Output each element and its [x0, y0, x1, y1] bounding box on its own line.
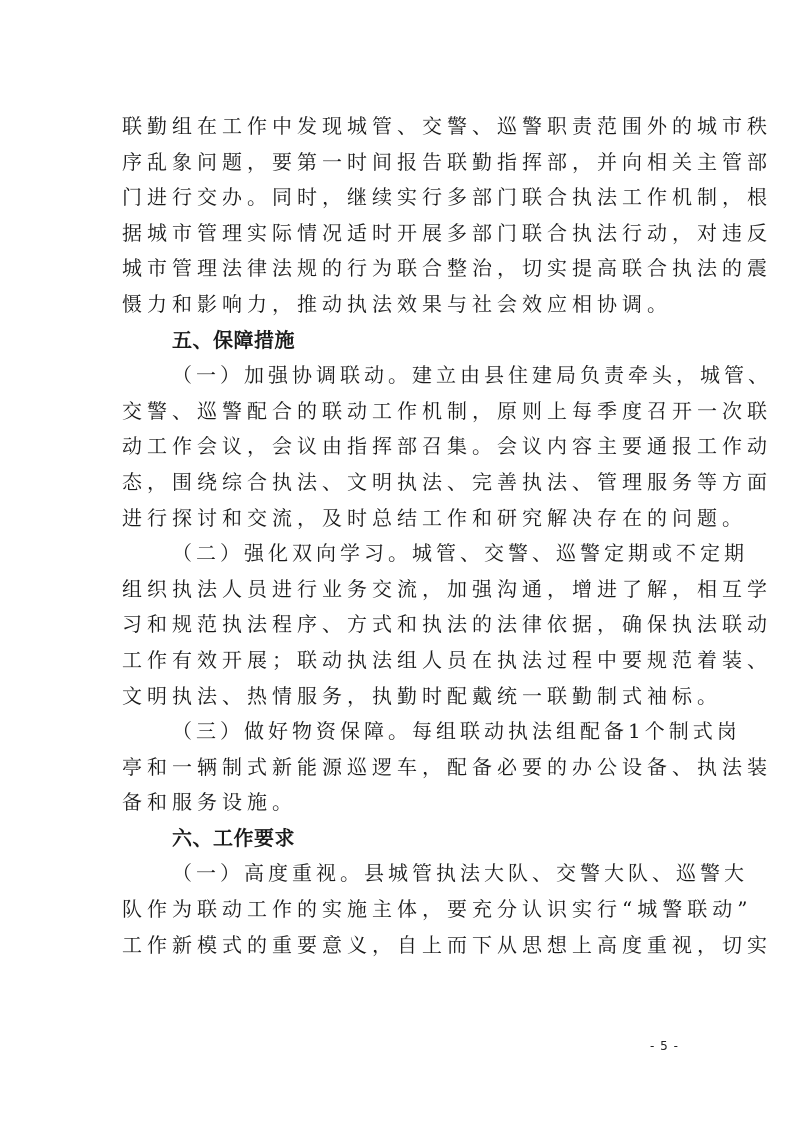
paragraph-coordination: （一）加强协调联动。建立由县住建局负责牵头，城管、 交警、巡警配合的联动工作机制…: [122, 358, 674, 536]
text-line: （一）高度重视。县城管执法大队、交警大队、巡警大: [122, 856, 674, 892]
paragraph-joint-duty-reporting: 联勤组在工作中发现城管、交警、巡警职责范围外的城市秩 序乱象问题，要第一时间报告…: [122, 109, 674, 323]
paragraph-high-priority: （一）高度重视。县城管执法大队、交警大队、巡警大 队作为联动工作的实施主体，要充…: [122, 856, 674, 963]
text-line: 序乱象问题，要第一时间报告联勤指挥部，并向相关主管部: [122, 145, 674, 181]
text-line: 组织执法人员进行业务交流，加强沟通，增进了解，相互学: [122, 572, 674, 608]
document-page: 联勤组在工作中发现城管、交警、巡警职责范围外的城市秩 序乱象问题，要第一时间报告…: [0, 0, 793, 1122]
text-line: 文明执法、热情服务，执勤时配戴统一联勤制式袖标。: [122, 679, 674, 715]
text-line: 慑力和影响力，推动执法效果与社会效应相协调。: [122, 287, 674, 323]
paragraph-mutual-learning: （二）强化双向学习。城管、交警、巡警定期或不定期 组织执法人员进行业务交流，加强…: [122, 536, 674, 714]
text-line: 城市管理法律法规的行为联合整治，切实提高联合执法的震: [122, 251, 674, 287]
text-line: 习和规范执法程序、方式和执法的法律依据，确保执法联动: [122, 607, 674, 643]
section-heading-work-requirements: 六、工作要求: [122, 821, 674, 857]
document-body: 联勤组在工作中发现城管、交警、巡警职责范围外的城市秩 序乱象问题，要第一时间报告…: [122, 109, 674, 963]
text-line: 备和服务设施。: [122, 785, 674, 821]
text-line: 据城市管理实际情况适时开展多部门联合执法行动，对违反: [122, 216, 674, 252]
section-heading-safeguard-measures: 五、保障措施: [122, 323, 674, 359]
text-line: 亭和一辆制式新能源巡逻车，配备必要的办公设备、执法装: [122, 750, 674, 786]
text-line: （二）强化双向学习。城管、交警、巡警定期或不定期: [122, 536, 674, 572]
text-line: 工作有效开展；联动执法组人员在执法过程中要规范着装、: [122, 643, 674, 679]
page-number: - 5 -: [650, 1039, 679, 1053]
text-line: 联勤组在工作中发现城管、交警、巡警职责范围外的城市秩: [122, 109, 674, 145]
text-line: 交警、巡警配合的联动工作机制，原则上每季度召开一次联: [122, 394, 674, 430]
text-line: （三）做好物资保障。每组联动执法组配备1个制式岗: [122, 714, 674, 750]
text-line: 工作新模式的重要意义，自上而下从思想上高度重视，切实: [122, 928, 674, 964]
text-line: 门进行交办。同时，继续实行多部门联合执法工作机制，根: [122, 180, 674, 216]
text-line: 态，围绕综合执法、文明执法、完善执法、管理服务等方面: [122, 465, 674, 501]
text-line: 动工作会议，会议由指挥部召集。会议内容主要通报工作动: [122, 429, 674, 465]
paragraph-material-support: （三）做好物资保障。每组联动执法组配备1个制式岗 亭和一辆制式新能源巡逻车，配备…: [122, 714, 674, 821]
text-line: 队作为联动工作的实施主体，要充分认识实行“城警联动”: [122, 892, 674, 928]
text-line: （一）加强协调联动。建立由县住建局负责牵头，城管、: [122, 358, 674, 394]
text-line: 进行探讨和交流，及时总结工作和研究解决存在的问题。: [122, 501, 674, 537]
